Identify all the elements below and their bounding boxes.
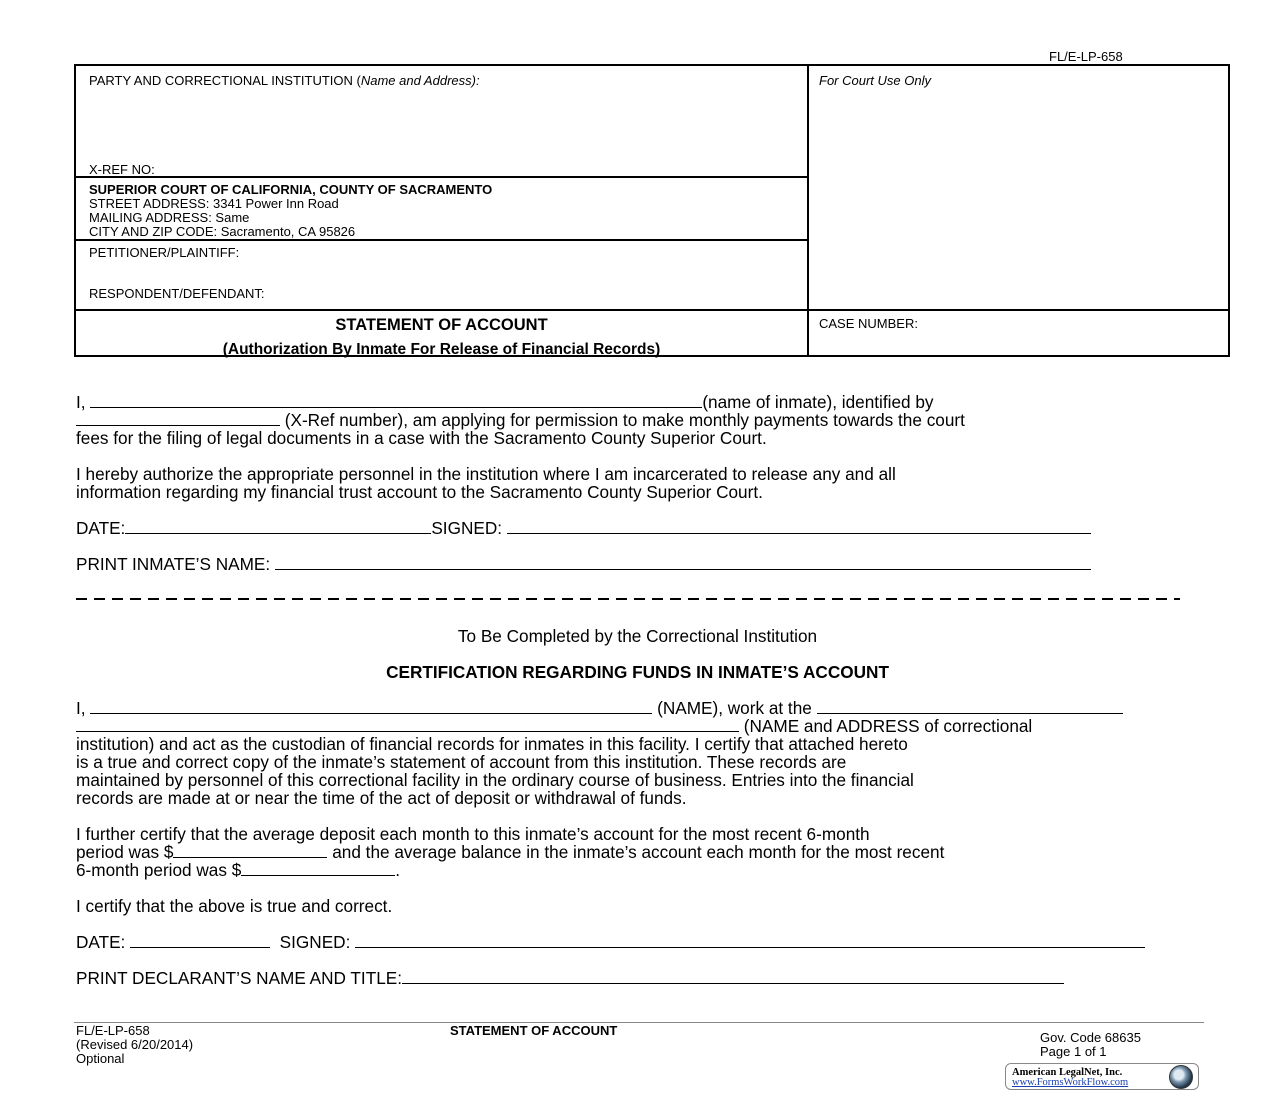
cert-line-3: institution) and act as the custodian of… (76, 735, 908, 753)
further-line-1: I further certify that the average depos… (76, 825, 870, 843)
city-zip: CITY AND ZIP CODE: Sacramento, CA 95826 (89, 224, 355, 239)
xref-label: X-REF NO: (89, 162, 155, 177)
inmate-name-field[interactable] (90, 393, 702, 408)
form-subtitle: (Authorization By Inmate For Release of … (76, 341, 807, 359)
street-address: STREET ADDRESS: 3341 Power Inn Road (89, 196, 339, 211)
footer-rule (74, 1022, 1204, 1023)
publisher-link[interactable]: www.FormsWorkFlow.com (1012, 1077, 1128, 1088)
party-label-text: PARTY AND CORRECTIONAL INSTITUTION ( (89, 73, 361, 88)
xref-number-field[interactable] (76, 411, 280, 426)
mailing-address: MAILING ADDRESS: Same (89, 210, 249, 225)
court-use-label: For Court Use Only (819, 73, 931, 88)
case-number-label: CASE NUMBER: (819, 316, 918, 331)
party-input-area[interactable] (76, 90, 807, 160)
caption-divider-3 (76, 309, 1228, 311)
declarant-name-field[interactable] (402, 969, 1064, 984)
institution-field-part-2[interactable] (76, 717, 739, 732)
cert-line-4: is a true and correct copy of the inmate… (76, 753, 846, 771)
cert-date-field[interactable] (130, 933, 270, 948)
cert-line-6: records are made at or near the time of … (76, 789, 686, 807)
print-inmate-name-row: PRINT INMATE’S NAME: (76, 555, 1091, 573)
respondent-label: RESPONDENT/DEFENDANT: (89, 286, 265, 301)
declarant-row: PRINT DECLARANT’S NAME AND TITLE: (76, 969, 1064, 987)
inmate-line-2: (X-Ref number), am applying for permissi… (76, 411, 965, 429)
text: (NAME), work at the (652, 698, 816, 718)
globe-icon (1169, 1065, 1193, 1089)
certify-statement: I certify that the above is true and cor… (76, 897, 392, 915)
footer-gov-code: Gov. Code 68635 (1040, 1031, 1141, 1045)
signed-label: SIGNED: (431, 518, 506, 538)
cert-signature-field[interactable] (355, 933, 1145, 948)
print-name-label: PRINT INMATE’S NAME: (76, 554, 275, 574)
text: I, (76, 392, 90, 412)
further-line-2: period was $ and the average balance in … (76, 843, 944, 861)
publisher-badge[interactable]: American LegalNet, Inc. www.FormsWorkFlo… (1005, 1063, 1199, 1090)
court-name: SUPERIOR COURT OF CALIFORNIA, COUNTY OF … (89, 182, 492, 197)
authorize-line-2: information regarding my financial trust… (76, 483, 763, 501)
footer-optional: Optional (76, 1052, 124, 1066)
signed-label: SIGNED: (270, 932, 355, 952)
print-inmate-name-field[interactable] (275, 555, 1091, 570)
date-label: DATE: (76, 932, 130, 952)
text: 6-month period was $ (76, 860, 241, 880)
form-title: STATEMENT OF ACCOUNT (76, 316, 807, 335)
avg-balance-field[interactable] (241, 861, 395, 876)
text: . (395, 860, 400, 880)
inmate-signature-field[interactable] (507, 519, 1091, 534)
footer-page: Page 1 of 1 (1040, 1045, 1107, 1059)
text: I, (76, 698, 90, 718)
authorize-line-1: I hereby authorize the appropriate perso… (76, 465, 896, 483)
completed-by-note: To Be Completed by the Correctional Inst… (0, 627, 1275, 645)
petitioner-label: PETITIONER/PLAINTIFF: (89, 245, 239, 260)
cert-date-signed-row: DATE: SIGNED: (76, 933, 1145, 951)
party-label-italic: Name and Address): (361, 73, 480, 88)
caption-box: PARTY AND CORRECTIONAL INSTITUTION (Name… (74, 64, 1230, 357)
footer-revised: (Revised 6/20/2014) (76, 1038, 193, 1052)
date-label: DATE: (76, 518, 125, 538)
footer-form-id: FL/E-LP-658 (76, 1024, 150, 1038)
caption-column-divider (807, 66, 809, 355)
caption-divider-2 (76, 239, 807, 241)
footer-title: STATEMENT OF ACCOUNT (450, 1024, 617, 1038)
cut-line-divider (76, 598, 1180, 600)
cert-line-5: maintained by personnel of this correcti… (76, 771, 914, 789)
inmate-line-1: I, (name of inmate), identified by (76, 393, 934, 411)
cert-line-1: I, (NAME), work at the (76, 699, 1123, 717)
text: (name of inmate), identified by (702, 392, 933, 412)
avg-deposit-field[interactable] (173, 843, 327, 858)
declarant-label: PRINT DECLARANT’S NAME AND TITLE: (76, 968, 402, 988)
text: (NAME and ADDRESS of correctional (739, 716, 1032, 736)
party-label: PARTY AND CORRECTIONAL INSTITUTION (Name… (89, 73, 480, 88)
certification-heading: CERTIFICATION REGARDING FUNDS IN INMATE’… (0, 663, 1275, 681)
custodian-name-field[interactable] (90, 699, 652, 714)
further-line-3: 6-month period was $. (76, 861, 400, 879)
text: and the average balance in the inmate’s … (327, 842, 944, 862)
text: (X-Ref number), am applying for permissi… (280, 410, 965, 430)
form-id-top: FL/E-LP-658 (1049, 49, 1123, 64)
inmate-date-field[interactable] (125, 519, 431, 534)
text: period was $ (76, 842, 173, 862)
caption-divider-1 (76, 176, 807, 178)
cert-line-2: (NAME and ADDRESS of correctional (76, 717, 1032, 735)
inmate-line-3: fees for the filing of legal documents i… (76, 429, 767, 447)
institution-field-part-1[interactable] (817, 699, 1123, 714)
inmate-date-signed-row: DATE:SIGNED: (76, 519, 1091, 537)
